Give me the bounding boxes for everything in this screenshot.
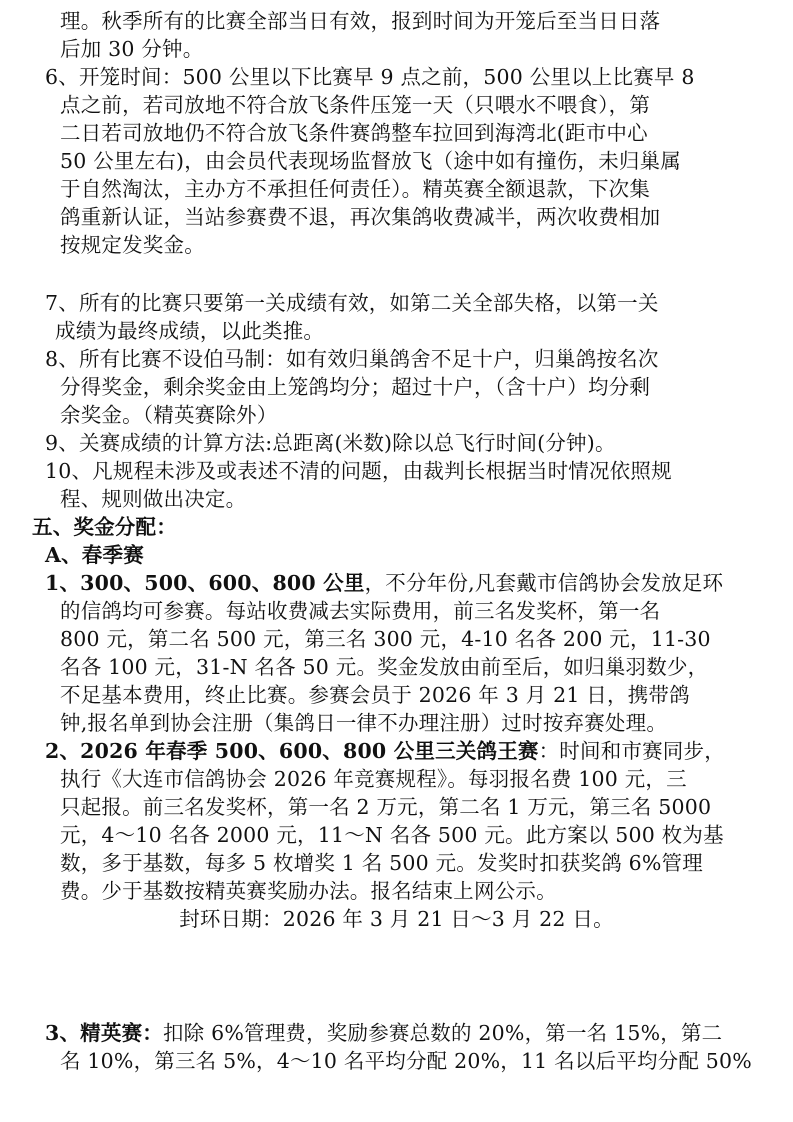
list-item-6-line: 6、开笼时间：500 公里以下比赛早 9 点之前，500 公里以上比赛早 8 [45,64,695,90]
list-item-8-line: 分得奖金，剩余奖金由上笼鸽均分；超过十户，（含十户）均分剩 [60,374,650,400]
list-item-a2-line: 数，多于基数，每多 5 枚增奖 1 名 500 元。发奖时扣获奖鸽 6%管理 [60,850,703,876]
list-item-7-line: 成绩为最终成绩，以此类推。 [55,318,324,344]
list-item-a1-line: 800 元，第二名 500 元，第三名 300 元，4-10 名各 200 元，… [60,626,711,652]
list-item-a1-line: 1、300、500、600、800 公里，不分年份,凡套戴市信鸽协会发放足环 [45,570,723,596]
list-item-a2-text: ：时间和市赛同步， [539,739,725,763]
list-item-8-line: 余奖金。（精英赛除外） [60,402,277,428]
list-item-a1-prefix: 1、300、500、600、800 公里 [45,571,365,595]
list-item-a1-text: ，不分年份,凡套戴市信鸽协会发放足环 [365,571,724,595]
list-item-a1-line: 不足基本费用，终止比赛。参赛会员于 2026 年 3 月 21 日，携带鸽 [60,682,690,708]
section-heading: 五、奖金分配： [32,514,177,540]
list-item-10-line: 程、规则做出决定。 [60,486,246,512]
list-item-a2-prefix: 2、2026 年春季 500、600、800 公里三关鸽王赛 [45,739,539,763]
list-item-a2-line: 费。少于基数按精英赛奖励办法。报名结束上网公示。 [60,878,557,904]
list-item-a1-line: 名各 100 元，31-N 名各 50 元。奖金发放由前至后，如归巢羽数少， [60,654,708,680]
list-item-7-line: 7、所有的比赛只要第一关成绩有效，如第二关全部失格，以第一关 [45,290,659,316]
list-item-a1-line: 钟,报名单到协会注册（集鸽日一律不办理注册）过时按弃赛处理。 [60,710,667,736]
list-item-a2-line: 执行《大连市信鸽协会 2026 年竞赛规程》。每羽报名费 100 元，三 [60,766,687,792]
list-item-10-line: 10、凡规程未涉及或表述不清的问题，由裁判长根据当时情况依照规 [45,458,672,484]
list-item-6-line: 二日若司放地仍不符合放飞条件赛鸽整车拉回到海湾北(距市中心 [60,120,648,146]
list-item-a2-line: 2、2026 年春季 500、600、800 公里三关鸽王赛：时间和市赛同步， [45,738,725,764]
list-item-a3-line: 3、精英赛：扣除 6%管理费，奖励参赛总数的 20%，第一名 15%，第二 [45,1020,722,1046]
paragraph-line: 后加 30 分钟。 [60,36,203,62]
list-item-6-line: 按规定发奖金。 [60,232,205,258]
paragraph-line: 理。秋季所有的比赛全部当日有效，报到时间为开笼后至当日日落 [60,8,660,34]
list-item-a3-prefix: 3、精英赛： [45,1021,163,1045]
list-item-6-line: 点之前，若司放地不符合放飞条件压笼一天（只喂水不喂食），第 [60,92,650,118]
list-item-6-line: 鸽重新认证，当站参赛费不退，再次集鸽收费减半，两次收费相加 [60,204,660,230]
list-item-a3-line: 名 10%，第三名 5%，4～10 名平均分配 20%，11 名以后平均分配 5… [60,1048,752,1074]
list-item-a2-line: 元，4～10 名各 2000 元，11～N 名各 500 元。此方案以 500 … [60,822,724,848]
list-item-9-line: 9、关赛成绩的计算方法:总距离(米数)除以总飞行时间(分钟)。 [45,430,616,456]
list-item-a2-line: 只起报。前三名发奖杯，第一名 2 万元，第二名 1 万元，第三名 5000 [60,794,711,820]
list-item-a1-line: 的信鸽均可参赛。每站收费减去实际费用，前三名发奖杯，第一名 [60,598,660,624]
ring-sealing-date: 封环日期：2026 年 3 月 21 日～3 月 22 日。 [0,906,793,932]
list-item-a3-text: 扣除 6%管理费，奖励参赛总数的 20%，第一名 15%，第二 [163,1021,722,1045]
list-item-6-line: 50 公里左右)，由会员代表现场监督放飞（途中如有撞伤，未归巢属 [60,148,681,174]
list-item-6-line: 于自然淘汰，主办方不承担任何责任）。精英赛全额退款，下次集 [60,176,650,202]
list-item-8-line: 8、所有比赛不设伯马制：如有效归巢鸽舍不足十户，归巢鸽按名次 [45,346,659,372]
subsection-heading: A、春季赛 [45,542,144,568]
